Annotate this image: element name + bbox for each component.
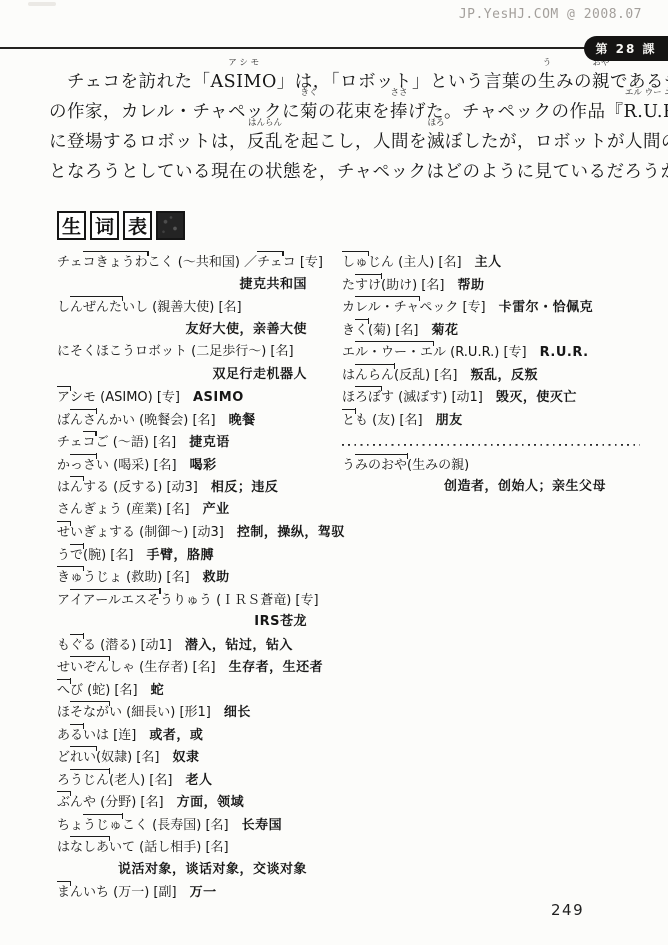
vocab-kana-segment: レル・チャ: [355, 296, 419, 320]
scan-artifact: [28, 2, 56, 6]
intro-text: 滅: [427, 132, 445, 152]
vocab-kana-segment: にそくほこうロボット (二足歩行～) [名]: [57, 341, 294, 364]
vocab-entry-head: せいぞんしゃ (生存者) [名]生存者，生还者: [57, 656, 341, 679]
vocab-translation: 产业: [203, 499, 230, 522]
intro-line: チェコを訪れた「ア シ モASIMO」は，「ロボット」という言葉のう生みのおや親…: [49, 66, 645, 96]
vocab-entry-head: もぐる (潜る) [动1]潜入，钻过，钻入: [57, 634, 341, 657]
vocab-kana-segment: しゃ (生存者) [名]: [109, 657, 216, 680]
furigana-text: ささ: [391, 89, 408, 98]
top-rule: [0, 47, 668, 49]
vocab-entry-head: チェコきょうわこく (～共和国) ／チェコ [专]: [57, 251, 341, 274]
vocab-kana-segment: ご (～語) [名]: [96, 432, 177, 455]
vocab-kana-segment: し: [57, 297, 70, 320]
dotted-separator: [342, 431, 640, 454]
vocab-kana-segment: (助け) [名]: [381, 275, 444, 298]
vocab-translation: 叛乱，反叛: [470, 365, 538, 388]
vocab-translation: 长寿国: [242, 815, 283, 838]
intro-paragraph: チェコを訪れた「ア シ モASIMO」は，「ロボット」という言葉のう生みのおや親…: [49, 66, 645, 186]
vocab-kana-segment: んいち (万一) [副]: [70, 882, 177, 905]
vocab-kana-segment: ほ: [57, 702, 70, 725]
vocab-kana-segment: く: [355, 319, 368, 343]
vocab-kana-segment: (奴隷) [名]: [96, 747, 159, 770]
vocab-column-left: チェコきょうわこく (～共和国) ／チェコ [专]捷克共和国しんぜんたいし (親…: [57, 251, 341, 904]
vocab-kana-segment: チェ: [57, 432, 83, 455]
vocab-entry-head: あるいは [连]或者，或: [57, 724, 341, 747]
section-title-char: 生: [57, 211, 86, 240]
vocab-translation: 万一: [190, 882, 217, 905]
vocab-kana-segment: (生みの親): [407, 455, 469, 478]
furigana-group: はんらん反乱: [247, 126, 283, 158]
vocab-kana-segment: は: [57, 837, 70, 860]
intro-text: みの: [556, 72, 592, 92]
vocab-kana-segment: ア: [57, 386, 70, 410]
vocab-kana-segment: こく (長寿国) [名]: [122, 815, 229, 838]
vocab-kana-segment: か: [57, 455, 70, 478]
furigana-group: きく菊: [300, 96, 318, 128]
vocab-kana-segment: ど: [57, 747, 70, 770]
vocab-entry-head: うみのおや (生みの親): [342, 454, 640, 477]
vocab-kana-segment: いぎょする (制御～) [动3]: [70, 522, 224, 545]
vocab-kana-segment: る: [70, 724, 83, 748]
vocab-translation: 奴隶: [172, 747, 199, 770]
vocab-entry-head: へび (蛇) [名]蛇: [57, 679, 341, 702]
vocab-kana-segment: ん: [70, 476, 83, 500]
vocab-translation: 捷克共和国: [57, 274, 341, 297]
furigana-text: はんらん: [248, 119, 282, 128]
vocab-kana-segment: へ: [57, 679, 70, 703]
vocab-translation: 说活对象，谈话对象，交谈对象: [57, 859, 341, 882]
vocab-entry-head: さんぎょう (産業) [名]产业: [57, 499, 341, 522]
vocab-translation: 卡雷尔・恰佩克: [499, 297, 594, 320]
vocab-kana-segment: ほ: [342, 387, 355, 410]
vocab-kana-segment: そなが: [70, 701, 109, 725]
vocab-kana-segment: んさ: [70, 409, 96, 433]
vocab-entry-head: しゅじん (主人) [名]主人: [342, 251, 640, 274]
vocab-kana-segment: び (蛇) [名]: [70, 680, 138, 703]
vocab-translation: 晚餐: [229, 410, 256, 433]
vocab-entry-head: ぶんや (分野) [名]方面，领域: [57, 791, 341, 814]
vocab-kana-segment: す (滅ぼす) [动1]: [381, 387, 483, 410]
vocab-kana-segment: ぶ: [57, 791, 70, 815]
section-title-char: 词: [90, 211, 119, 240]
vocab-kana-segment: れい: [70, 746, 96, 770]
vocab-entry-head: たすけ (助け) [名]帮助: [342, 274, 640, 297]
vocab-translation: IRS苍龙: [57, 611, 341, 634]
vocab-kana-segment: ば: [57, 410, 70, 433]
vocab-entry-head: しんぜんたいし (親善大使) [名]: [57, 296, 341, 319]
vocab-entry-head: はなしあいて (話し相手) [名]: [57, 836, 341, 859]
vocab-entry-head: ほろぼす (滅ぼす) [动1]毁灭，使灭亡: [342, 386, 640, 409]
vocab-kana-segment: ル (R.U.R.) [专]: [433, 342, 527, 365]
textbook-page: JP.YesHJ.COM @ 2008.07 第 28 課 チェコを訪れた「ア …: [0, 0, 668, 945]
vocab-kana-segment: すけ: [355, 274, 381, 298]
vocab-entry-head: きく (菊) [名]菊花: [342, 319, 640, 342]
section-pattern-icon: [156, 211, 185, 240]
intro-text: 捧: [390, 102, 408, 122]
vocab-translation: 控制，操纵，驾驭: [237, 522, 345, 545]
vocab-translation: 友好大使，亲善大使: [57, 319, 341, 342]
vocab-kana-segment: いて (話し相手) [名]: [109, 837, 229, 860]
vocab-translation: 手臂，胳膊: [146, 545, 214, 568]
vocab-entry-head: アシモ (ASIMO) [专]ASIMO: [57, 386, 341, 409]
vocab-kana-segment: うじゅ: [83, 814, 122, 838]
vocab-kana-segment: イアールエスそ: [70, 589, 160, 613]
furigana-group: ほろ滅: [427, 126, 445, 158]
vocab-kana-segment: は: [57, 477, 70, 500]
vocab-kana-segment: コ [专]: [283, 252, 323, 275]
vocab-translation: 喝彩: [190, 455, 217, 478]
vocab-entry-head: かっさい (喝采) [名]喝彩: [57, 454, 341, 477]
vocab-kana-segment: うじん: [70, 769, 109, 793]
vocab-kana-segment: と: [342, 409, 355, 433]
vocab-kana-segment: ろ: [57, 770, 70, 793]
vocab-kana-segment: んらん: [355, 364, 394, 388]
intro-text: 生: [538, 72, 556, 92]
vocab-translation: 帮助: [457, 275, 484, 298]
vocab-entry-head: どれい (奴隷) [名]奴隶: [57, 746, 341, 769]
page-number: 249: [551, 901, 584, 919]
intro-text: ぼしたが，ロボットが人間の: [445, 132, 668, 152]
intro-text: チェコを訪れた「: [49, 72, 210, 92]
vocab-kana-segment: チェ: [257, 251, 283, 275]
vocab-kana-segment: うりゅう (ＩＲＳ蒼竜) [专]: [160, 590, 319, 613]
vocab-kana-segment: いは [连]: [83, 725, 136, 748]
intro-text: となろうとしている現在の状態を，チャペックはどのように見ているだろうか。: [49, 162, 668, 182]
vocab-translation: 捷克语: [189, 432, 230, 455]
vocab-kana-segment: じん (主人) [名]: [368, 252, 462, 275]
furigana-group: ささ捧: [390, 96, 408, 128]
vocab-translation: 方面，领域: [177, 792, 245, 815]
vocab-kana-segment: で: [70, 544, 83, 568]
vocab-kana-segment: んかい (晩餐会) [名]: [96, 410, 216, 433]
vocab-kana-segment: こく (～共和国) ／: [148, 252, 257, 275]
vocab-kana-segment: は: [342, 365, 355, 388]
furigana-group: エル ウー エルR.U.R.: [624, 96, 668, 128]
furigana-text: う: [543, 59, 552, 68]
vocab-entry-head: まんいち (万一) [副]万一: [57, 881, 341, 904]
vocab-translation: 或者，或: [149, 725, 203, 748]
vocab-kana-segment: た: [342, 275, 355, 298]
vocab-kana-segment: ア: [57, 590, 70, 613]
intro-line: となろうとしている現在の状態を，チャペックはどのように見ているだろうか。: [49, 156, 645, 186]
vocab-kana-segment: する (反する) [动3]: [83, 477, 198, 500]
vocab-kana-segment: うじょ (救助) [名]: [83, 567, 190, 590]
intro-text: ASIMO: [210, 72, 276, 92]
vocab-entry-head: ばんさんかい (晩餐会) [名]晚餐: [57, 409, 341, 432]
intro-line: の作家，カレル・チャペックにきく菊の花束をささ捧げた。チャペックの作品『エル ウ…: [49, 96, 645, 126]
vocab-entry-head: にそくほこうロボット (二足歩行～) [名]: [57, 341, 341, 364]
vocab-entry-head: エル・ウー・エル (R.U.R.) [专]R.U.R.: [342, 341, 640, 364]
vocab-kana-segment: ちょ: [57, 815, 83, 838]
vocab-kana-segment: せ: [57, 521, 70, 545]
vocab-kana-segment: (反乱) [名]: [394, 365, 457, 388]
vocab-entry-head: とも (友) [名]朋友: [342, 409, 640, 432]
furigana-text: ア シ モ: [228, 59, 259, 68]
vocab-translation: 相反；违反: [211, 477, 279, 500]
vocab-translation: 主人: [475, 252, 502, 275]
intro-text: 菊: [300, 102, 318, 122]
vocab-kana-segment: んぜんた: [70, 296, 122, 320]
vocab-kana-segment: も: [57, 635, 70, 658]
vocab-kana-segment: き: [342, 320, 355, 343]
furigana-text: きく: [301, 89, 318, 98]
vocab-kana-segment: る (潜る) [动1]: [83, 635, 172, 658]
vocab-translation: 毁灭，使灭亡: [496, 387, 577, 410]
vocab-translation: 细长: [224, 702, 251, 725]
watermark: JP.YesHJ.COM @ 2008.07: [459, 7, 642, 22]
lesson-tab: 第 28 課: [584, 36, 668, 61]
vocab-kana-segment: しゅ: [342, 251, 368, 275]
furigana-text: ほろ: [427, 119, 444, 128]
furigana-text: エル ウー エル: [625, 89, 668, 98]
vocab-kana-segment: ま: [57, 881, 70, 905]
intro-text: 反乱: [247, 132, 283, 152]
vocab-translation: 菊花: [431, 320, 458, 343]
vocab-kana-segment: い (喝采) [名]: [96, 455, 177, 478]
vocab-kana-segment: いし (親善大使) [名]: [122, 297, 242, 320]
vocab-translation: ASIMO: [193, 387, 244, 410]
vocab-entry-head: アイアールエスそうりゅう (ＩＲＳ蒼竜) [专]: [57, 589, 341, 612]
vocab-entry-head: せいぎょする (制御～) [动3]控制，操纵，驾驭: [57, 521, 341, 544]
vocab-kana-segment: ぐ: [70, 634, 83, 658]
vocab-kana-segment: う: [342, 455, 355, 478]
intro-text: の花束を: [318, 102, 390, 122]
furigana-group: ア シ モASIMO: [210, 66, 276, 98]
vocab-kana-segment: きゅ: [57, 566, 83, 590]
vocab-translation: 潜入，钻过，钻入: [185, 635, 293, 658]
furigana-group: おや親: [592, 66, 610, 98]
vocab-kana-segment: ペック [专]: [419, 297, 485, 320]
vocab-entry-head: カレル・チャペック [专]卡雷尔・恰佩克: [342, 296, 640, 319]
vocab-entry-head: ほそながい (細長い) [形1]细长: [57, 701, 341, 724]
vocab-translation: 救助: [203, 567, 230, 590]
lesson-tab-label: 第 28 課: [595, 40, 656, 57]
vocab-translation: 生存者，生还者: [229, 657, 324, 680]
vocab-translation: R.U.R.: [540, 342, 589, 365]
section-header: 生 词 表: [57, 211, 185, 240]
vocab-entry-head: きゅうじょ (救助) [名]救助: [57, 566, 341, 589]
vocab-kana-segment: っさ: [70, 454, 96, 478]
furigana-group: う生: [538, 66, 556, 98]
vocab-kana-segment: コ: [83, 431, 96, 455]
intro-text: R.U.R.: [624, 102, 668, 122]
vocab-entry-head: うで (腕) [名]手臂，胳膊: [57, 544, 341, 567]
vocab-kana-segment: んや (分野) [名]: [70, 792, 164, 815]
vocab-entry-head: はんらん (反乱) [名]叛乱，反叛: [342, 364, 640, 387]
intro-text: 親: [592, 72, 610, 92]
vocab-translation: 老人: [185, 770, 212, 793]
intro-text: を起こし，人間を: [283, 132, 427, 152]
vocab-kana-segment: さんぎょう (産業) [名]: [57, 499, 190, 522]
intro-text: に登場するロボットは，: [49, 132, 247, 152]
vocab-kana-segment: う: [57, 545, 70, 568]
vocab-kana-segment: あ: [57, 725, 70, 748]
vocab-column-right: しゅじん (主人) [名]主人たすけ (助け) [名]帮助カレル・チャペック […: [342, 251, 640, 499]
vocab-kana-segment: いぞん: [70, 656, 109, 680]
vocab-kana-segment: (老人) [名]: [109, 770, 172, 793]
vocab-kana-segment: エ: [342, 342, 355, 365]
vocab-kana-segment: い (細長い) [形1]: [109, 702, 211, 725]
vocab-kana-segment: も (友) [名]: [355, 410, 423, 433]
vocab-kana-segment: シモ (ASIMO) [专]: [70, 387, 180, 410]
vocab-entry-head: ろうじん (老人) [名]老人: [57, 769, 341, 792]
section-title-char: 表: [123, 211, 152, 240]
vocab-translation: 创造者，创始人；亲生父母: [342, 476, 640, 499]
vocab-kana-segment: みのおや: [355, 454, 407, 478]
vocab-entry-head: はんする (反する) [动3]相反；违反: [57, 476, 341, 499]
vocab-translation: 朋友: [436, 410, 463, 433]
vocab-kana-segment: カ: [342, 297, 355, 320]
vocab-kana-segment: ル・ウー・エ: [355, 341, 433, 365]
vocab-entry-head: チェコご (～語) [名]捷克语: [57, 431, 341, 454]
vocab-kana-segment: なしあ: [70, 836, 109, 860]
vocab-kana-segment: チェ: [57, 252, 83, 275]
vocab-kana-segment: (腕) [名]: [83, 545, 133, 568]
vocab-kana-segment: せ: [57, 657, 70, 680]
vocab-translation: 双足行走机器人: [57, 364, 341, 387]
vocab-kana-segment: ろぼ: [355, 386, 381, 410]
vocab-entry-head: ちょうじゅこく (長寿国) [名]长寿国: [57, 814, 341, 837]
vocab-kana-segment: コきょうわ: [83, 251, 148, 275]
vocab-kana-segment: (菊) [名]: [368, 320, 418, 343]
vocab-translation: 蛇: [151, 680, 165, 703]
intro-line: に登場するロボットは，はんらん反乱を起こし，人間をほろ滅ぼしたが，ロボットが人間…: [49, 126, 645, 156]
